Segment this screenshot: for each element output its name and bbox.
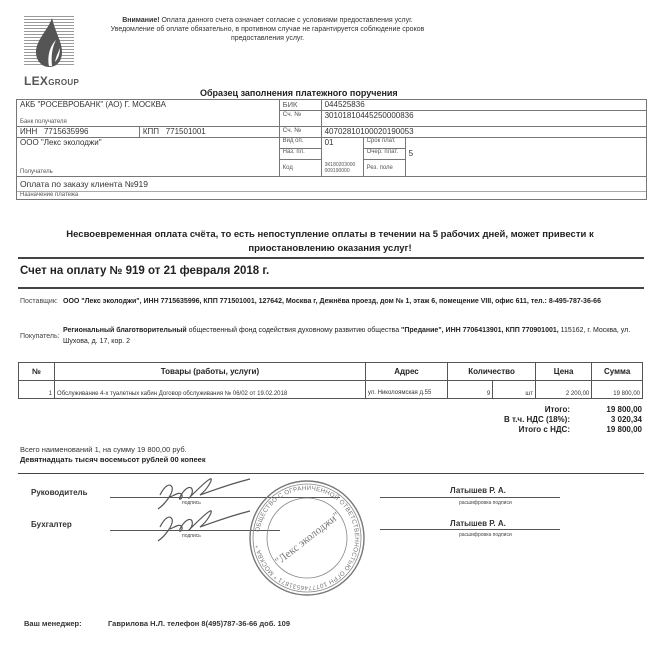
kod-label: Код — [279, 160, 321, 177]
accountant-name: Латышев Р. А. — [450, 519, 506, 528]
vat-value: 3 020,34 — [570, 415, 642, 425]
drop-icon — [34, 18, 64, 68]
corr-account-label: Сч. № — [279, 111, 321, 127]
accountant-label: Бухгалтер — [31, 520, 72, 529]
recipient-label: Получатель — [20, 169, 53, 175]
accountant-signature-icon — [150, 507, 260, 547]
buyer-block: Покупатель: Региональный благотворительн… — [20, 325, 640, 347]
corr-account-value: 30101810445250000836 — [321, 111, 646, 127]
divider — [18, 287, 644, 289]
row-sum: 19 800,00 — [592, 381, 643, 399]
summary-block: Всего наименований 1, на сумму 19 800,00… — [20, 445, 206, 465]
accountant-name-line — [380, 529, 560, 530]
buyer-value: Региональный благотворительный обществен… — [63, 325, 640, 347]
vat-label: В т.ч. НДС (18%): — [470, 415, 570, 425]
total-label: Итого: — [470, 405, 570, 415]
row-qty: 9 — [448, 381, 493, 399]
svg-text:"Лекс эколоджи": "Лекс эколоджи" — [273, 510, 342, 568]
manager-block: Ваш менеджер: Гаврилова Н.Л. телефон 8(4… — [24, 619, 290, 628]
supplier-label: Поставщик: — [20, 298, 63, 305]
bank-name: АКБ "РОСЕВРОБАНК" (АО) Г. МОСКВА — [20, 100, 276, 109]
head-name: Латышев Р. А. — [450, 486, 506, 495]
vid-op-value: 01 — [321, 138, 363, 149]
purpose-label: Назначение платежа — [17, 192, 647, 200]
account-label: Сч. № — [279, 127, 321, 138]
bik-label: БИК — [279, 100, 321, 111]
table-row: 1 Обслуживание 4-х туалетных кабин Догов… — [19, 381, 643, 399]
total-value: 19 800,00 — [570, 405, 642, 415]
head-name-line — [380, 497, 560, 498]
supplier-value: ООО "Лекс эколоджи", ИНН 7715635996, КПП… — [63, 296, 640, 307]
col-header-qty: Количество — [448, 363, 536, 381]
manager-label: Ваш менеджер: — [24, 619, 108, 628]
row-price: 2 200,00 — [535, 381, 591, 399]
ocher-value: 5 — [409, 149, 413, 158]
vid-op-label: Вид оп. — [279, 138, 321, 149]
invoice-title: Счет на оплату № 919 от 21 февраля 2018 … — [20, 265, 269, 277]
row-unit: шт — [493, 381, 536, 399]
naz-pl-label: Наз. пл. — [279, 149, 321, 160]
ocher-label: Очер. плат.5 — [363, 149, 405, 160]
row-num: 1 — [19, 381, 55, 399]
payment-notice: Внимание! Оплата данного счета означает … — [100, 16, 435, 43]
payment-order-table: АКБ "РОСЕВРОБАНК" (АО) Г. МОСКВА Банк по… — [16, 99, 647, 200]
company-logo: LEXGROUP — [22, 16, 77, 88]
col-header-sum: Сумма — [592, 363, 643, 381]
col-header-price: Цена — [535, 363, 591, 381]
rez-label: Рез. поле — [363, 160, 405, 177]
srok-label: Срок плат. — [363, 138, 405, 149]
account-value: 40702810100020190053 — [321, 127, 646, 138]
row-goods: Обслуживание 4-х туалетных кабин Договор… — [55, 381, 366, 399]
kpp-cell: КПП 771501001 — [139, 127, 279, 138]
buyer-label: Покупатель: — [20, 333, 63, 340]
items-table: № Товары (работы, услуги) Адрес Количест… — [18, 362, 643, 399]
col-header-num: № — [19, 363, 55, 381]
late-payment-warning: Несвоевременная оплата счёта, то есть не… — [20, 228, 640, 256]
col-header-address: Адрес — [365, 363, 447, 381]
purpose-value: Оплата по заказу клиента №919 — [17, 177, 647, 192]
total-vat-value: 19 800,00 — [570, 425, 642, 435]
divider — [18, 473, 644, 474]
summary-words: Девятнадцать тысяч восемьсот рублей 00 к… — [20, 455, 206, 465]
bank-label: Банк получателя — [20, 119, 67, 125]
kod-value: 3К180203000009190000 — [321, 160, 363, 177]
row-address: ул. Николоямская д.55 — [365, 381, 447, 399]
col-header-goods: Товары (работы, услуги) — [55, 363, 366, 381]
logo-text: LEXGROUP — [24, 74, 79, 88]
manager-value: Гаврилова Н.Л. телефон 8(495)787-36-66 д… — [108, 619, 290, 628]
head-label: Руководитель — [31, 488, 88, 497]
recipient-name: ООО "Лекс эколоджи" — [20, 138, 276, 147]
totals-block: Итого:19 800,00 В т.ч. НДС (18%):3 020,3… — [470, 405, 642, 435]
total-vat-label: Итого с НДС: — [470, 425, 570, 435]
bik-value: 044525836 — [321, 100, 646, 111]
company-stamp-icon: ОБЩЕСТВО С ОГРАНИЧЕННОЙ ОТВЕТСТВЕННОСТЬЮ… — [247, 478, 367, 598]
head-name-caption: расшифровка подписи — [459, 500, 512, 506]
summary-count: Всего наименований 1, на сумму 19 800,00… — [20, 445, 206, 455]
divider — [18, 257, 644, 259]
payment-sample-title: Образец заполнения платежного поручения — [200, 88, 398, 98]
accountant-name-caption: расшифровка подписи — [459, 532, 512, 538]
supplier-block: Поставщик: ООО "Лекс эколоджи", ИНН 7715… — [20, 296, 640, 307]
inn-cell: ИНН 7715635996 — [17, 127, 140, 138]
